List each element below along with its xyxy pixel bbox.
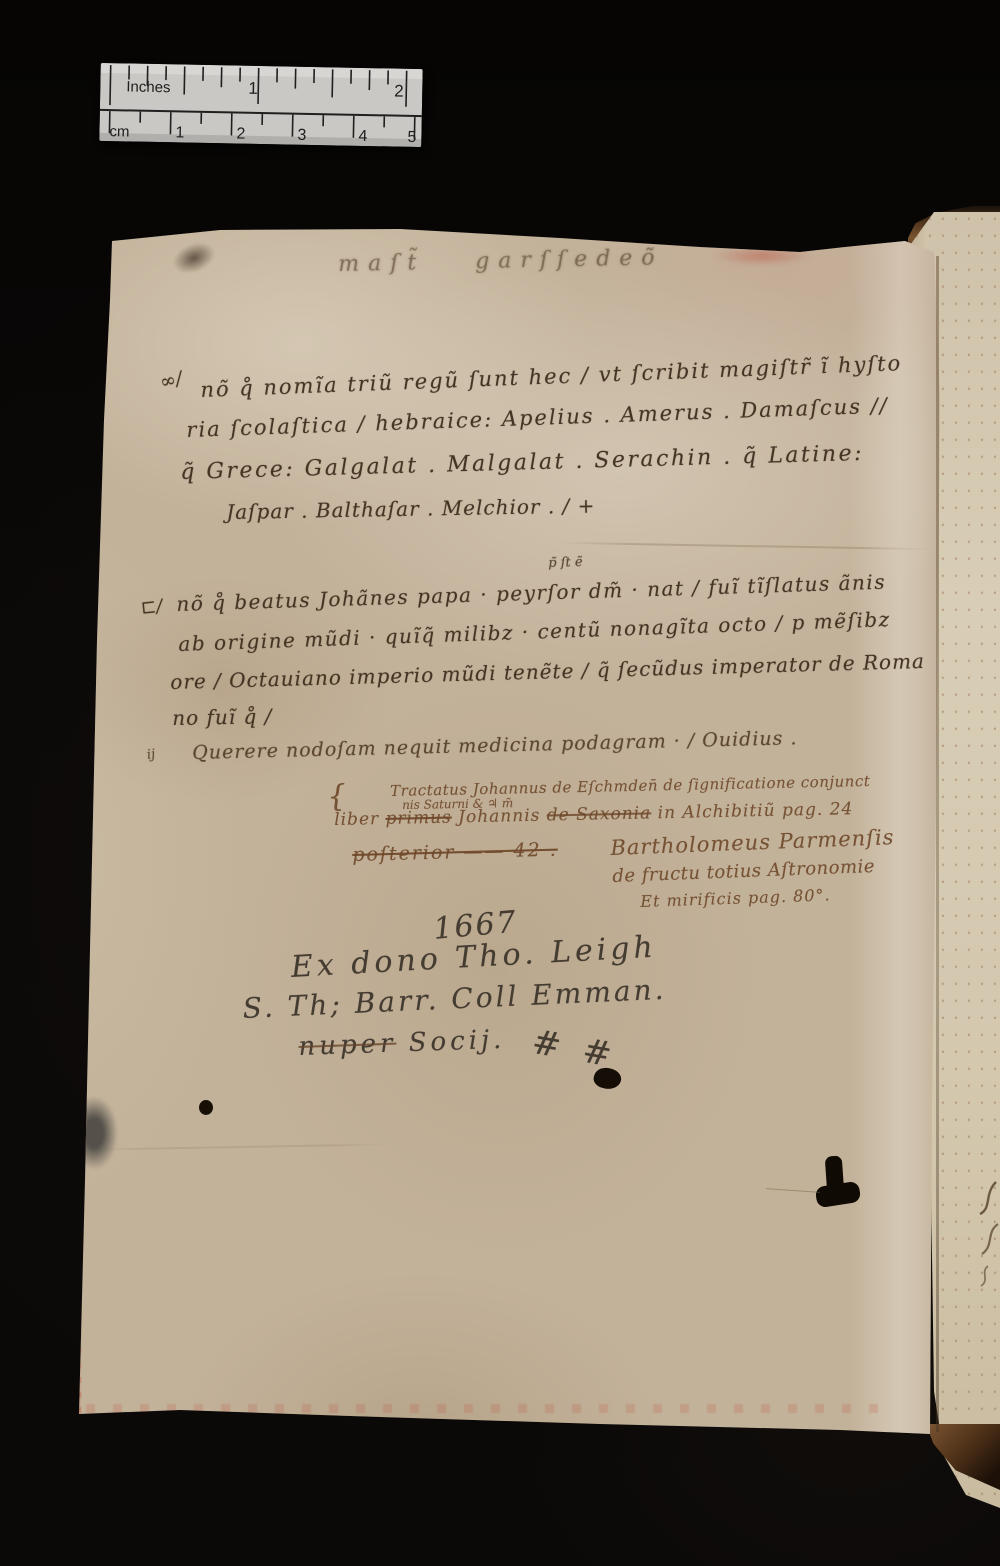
manuscript-line: ore / Octauiano imperio mũdi tenẽte / q̃… [170,649,925,694]
crease-line [560,542,930,550]
word: Johannis [458,806,541,828]
ruler-cm-label: cm [109,123,129,140]
red-edge-specks-left [71,1242,81,1420]
ruler-cm-5: 5 [407,129,416,146]
ovid-verse: Querere nodoſam nequit medicina podagram… [192,727,798,764]
hairline-scratch [766,1188,820,1195]
ink-blot-hole [815,1181,862,1209]
manuscript-line: ria ſcolaſtica / hebraice: Apelius . Ame… [186,393,889,442]
ruler-cm-2: 2 [236,126,245,143]
marginal-mark: ⊏/ [140,596,163,619]
ruler-cm-3: 3 [297,127,306,144]
facing-page-ink-marks [966,1180,1000,1290]
scale-ruler: Inches 1 2 cm 1 2 3 4 5 [99,63,422,147]
word-nuper: nuper [298,1029,397,1062]
ruler-inch-1: 1 [248,79,258,98]
photo-backdrop: maſt̃ garſſedeõ ∞/ nõ q̊ nomĩa triũ regũ… [0,0,1000,1566]
manuscript-line: nõ q̊ nomĩa triũ regũ ſunt hec / vt ſcri… [200,351,903,402]
bibliography-line: Et mirificis pag. 80°. [640,885,831,911]
ink-dot [199,1100,213,1115]
ruler-cm-1: 1 [175,124,184,141]
word-socij: Socij. [396,1025,506,1059]
gray-stain [70,1096,118,1170]
ruler-cm-4: 4 [358,128,367,145]
faded-heading: maſt̃ garſſedeõ [338,245,664,277]
red-edge-specks-bottom [86,1404,896,1413]
ruler-graphic: Inches 1 2 cm 1 2 3 4 5 [99,63,422,147]
crease-line [90,1143,390,1150]
word: in Alchibitiũ pag. 24 [657,799,853,823]
manuscript-page: maſt̃ garſſedeõ ∞/ nõ q̊ nomĩa triũ regũ… [0,0,1000,1566]
ruler-inch-2: 2 [394,82,404,101]
marginal-mark: ∞/ [158,367,184,393]
gutter-fold-line [936,256,939,1432]
bibliography-line: Tractatus Johannus de Eſchmden̄ de ſigni… [390,772,870,800]
ruler-inches-label: Inches [126,78,171,96]
manuscript-line: q̃ Grece: Galgalat . Malgalat . Serachin… [180,441,864,485]
bibliography-line: Bartholomeus Parmenſis [610,825,895,860]
struck-word: de Saxonia [547,803,652,825]
manuscript-line: nõ q̊ beatus Johãnes papa · peyrſor dm̃ … [176,570,886,616]
marginal-mark: ij [146,747,156,763]
hash-marks: # # [529,1022,620,1076]
interlinear-fragment: p̃ ſt ẽ [548,555,583,571]
manuscript-line: Jaſpar . Balthaſar . Melchior . / + [226,494,596,524]
red-pigment-smear [712,246,812,266]
manuscript-line: no fuĩ q̊ / [172,704,273,730]
word: liber [334,809,379,830]
bibliography-line: de fructu totius Aſtronomie [612,856,875,887]
bibliography-struck-line: poſterior —— 42 . [352,839,558,866]
manuscript-line: ab origine mũdi · quĩq̃ milibz · centũ n… [178,607,891,656]
ink-smudge-top-left [168,237,219,279]
donation-line: nuper Socij. [298,1025,506,1062]
struck-word: primus [385,808,452,829]
